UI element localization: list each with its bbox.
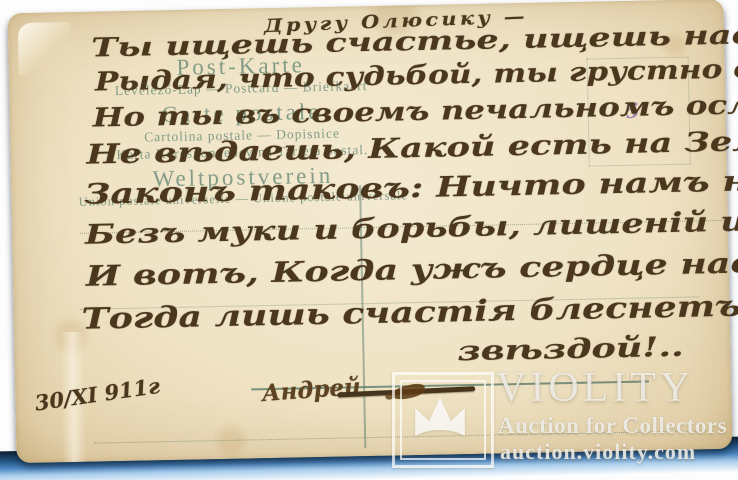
handwritten-line: И вотъ, Когда ужъ сердце надорвется, <box>86 242 738 292</box>
handwritten-date: 30/XI 911г <box>33 373 161 416</box>
handwritten-line: Тогда лишь счастія блеснетъ тебѣ <box>81 286 738 336</box>
postcard: Post-Karte Levelező-Lap — Postcard — Bri… <box>8 0 733 463</box>
address-dotted-line <box>94 430 706 443</box>
handwritten-line: Безъ муки и борьбы, лишеній и труда. <box>85 203 738 250</box>
handwritten-signature: Андрей <box>261 373 362 407</box>
handwritten-line: звѣздой!.. <box>457 332 684 368</box>
ink-blot <box>385 394 393 400</box>
postcard-photo: Post-Karte Levelező-Lap — Postcard — Bri… <box>0 0 738 480</box>
